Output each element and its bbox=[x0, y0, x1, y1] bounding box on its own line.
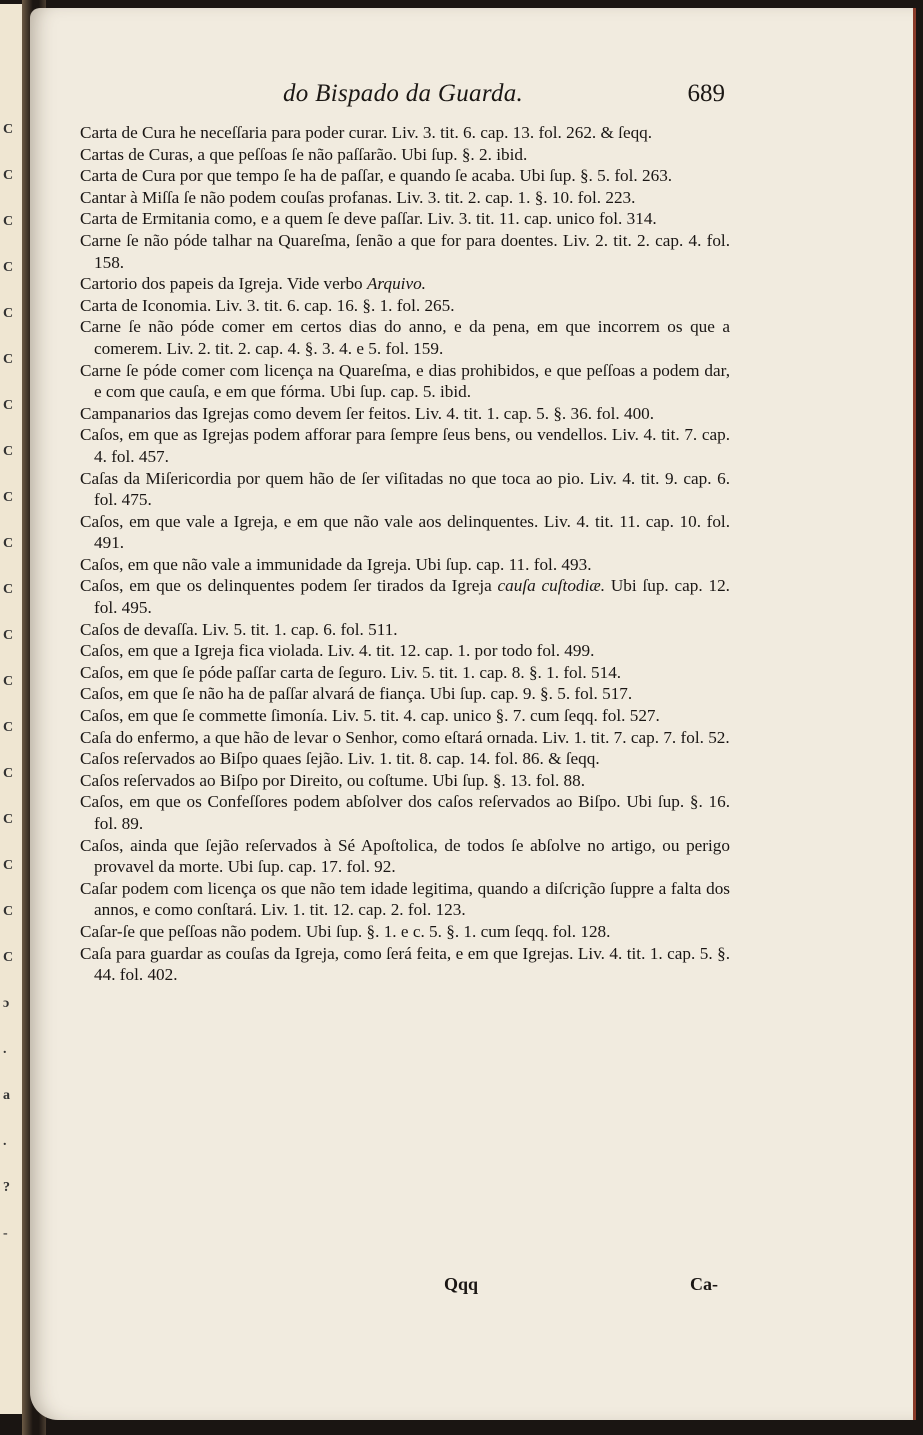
entry-text: Caſos de devaſſa. Liv. 5. tit. 1. cap. 6… bbox=[80, 620, 398, 639]
index-entry: Caſos de devaſſa. Liv. 5. tit. 1. cap. 6… bbox=[80, 619, 730, 641]
facing-page-glyph: ɔ bbox=[3, 996, 9, 1012]
index-entry: Caſa do enfermo, a que hão de levar o Se… bbox=[80, 727, 730, 749]
entry-italic-term: Arquivo. bbox=[367, 274, 426, 293]
entry-text: Carne ſe póde comer com licença na Quare… bbox=[80, 361, 730, 402]
entry-text: Carta de Cura he neceſſaria para poder c… bbox=[80, 123, 652, 142]
entry-text: Carta de Cura por que tempo ſe ha de paſ… bbox=[80, 166, 672, 185]
facing-page-glyph: C bbox=[3, 260, 13, 276]
index-entry: Caſos, em que vale a Igreja, e em que nã… bbox=[80, 511, 730, 554]
index-entry: Carta de Ermitania como, e a quem ſe dev… bbox=[80, 208, 730, 230]
facing-page-glyph: C bbox=[3, 904, 13, 920]
facing-page-glyph: C bbox=[3, 858, 13, 874]
index-entry: Caſos, em que a Igreja fica violada. Liv… bbox=[80, 640, 730, 662]
entry-text: Caſa do enfermo, a que hão de levar o Se… bbox=[80, 728, 730, 747]
facing-page-glyph: C bbox=[3, 582, 13, 598]
facing-page-glyph: . bbox=[3, 1042, 7, 1058]
entry-text: Caſos, em que vale a Igreja, e em que nã… bbox=[80, 512, 730, 553]
catchword: Ca- bbox=[690, 1274, 718, 1295]
entry-text: Caſos reſervados ao Biſpo por Direito, o… bbox=[80, 771, 585, 790]
facing-page-glyph: C bbox=[3, 168, 13, 184]
entry-text: Caſos, em que os delinquentes podem ſer … bbox=[80, 576, 498, 595]
facing-page-glyph: C bbox=[3, 214, 13, 230]
entry-text: Caſos, em que não vale a immunidade da I… bbox=[80, 555, 592, 574]
facing-page-glyph: C bbox=[3, 720, 13, 736]
entry-text: Carta de Iconomia. Liv. 3. tit. 6. cap. … bbox=[80, 296, 455, 315]
index-entry: Caſos reſervados ao Biſpo por Direito, o… bbox=[80, 770, 730, 792]
entry-text: Caſos, em que os Confeſſores podem abſol… bbox=[80, 792, 730, 833]
facing-page-glyph: C bbox=[3, 490, 13, 506]
facing-page-glyph: C bbox=[3, 628, 13, 644]
facing-page-glyph: - bbox=[3, 1226, 8, 1242]
index-entry: Cantar à Miſſa ſe não podem couſas profa… bbox=[80, 187, 730, 209]
index-entry: Caſos, ainda que ſejão reſervados à Sé A… bbox=[80, 835, 730, 878]
entry-italic-term: cauſa cuſtodiæ. bbox=[498, 576, 606, 595]
printer-signature: Qqq bbox=[444, 1274, 478, 1295]
entry-text: Caſar podem com licença os que não tem i… bbox=[80, 879, 730, 920]
index-entry: Carta de Iconomia. Liv. 3. tit. 6. cap. … bbox=[80, 295, 730, 317]
facing-page-glyph: . bbox=[3, 1134, 7, 1150]
facing-page-glyph: C bbox=[3, 766, 13, 782]
index-entry: Caſos reſervados ao Biſpo quaes ſejão. L… bbox=[80, 748, 730, 770]
facing-page-glyph: C bbox=[3, 398, 13, 414]
index-entry: Caſos, em que ſe commette ſimonía. Liv. … bbox=[80, 705, 730, 727]
page-header: do Bispado da Guarda. 689 bbox=[255, 80, 725, 114]
book-page: do Bispado da Guarda. 689 Carta de Cura … bbox=[30, 8, 916, 1420]
index-entry: Caſos, em que não vale a immunidade da I… bbox=[80, 554, 730, 576]
entry-text: Caſar-ſe que peſſoas não podem. Ubi ſup.… bbox=[80, 922, 610, 941]
index-entry: Carta de Cura he neceſſaria para poder c… bbox=[80, 122, 730, 144]
entry-text: Caſos, em que as Igrejas podem afforar p… bbox=[80, 425, 730, 466]
facing-page-glyph: C bbox=[3, 674, 13, 690]
entry-text: Carta de Ermitania como, e a quem ſe dev… bbox=[80, 209, 657, 228]
entry-text: Cantar à Miſſa ſe não podem couſas profa… bbox=[80, 188, 635, 207]
index-entry: Cartas de Curas, a que peſſoas ſe não pa… bbox=[80, 144, 730, 166]
facing-page-glyph: C bbox=[3, 306, 13, 322]
facing-page-glyph: ? bbox=[3, 1180, 10, 1196]
index-entries: Carta de Cura he neceſſaria para poder c… bbox=[80, 122, 730, 986]
entry-text: Cartas de Curas, a que peſſoas ſe não pa… bbox=[80, 145, 527, 164]
facing-page-glyph: C bbox=[3, 352, 13, 368]
entry-text: Carne ſe não póde talhar na Quareſma, ſe… bbox=[80, 231, 730, 272]
entry-text: Caſos, ainda que ſejão reſervados à Sé A… bbox=[80, 836, 730, 877]
index-entry: Caſos, em que as Igrejas podem afforar p… bbox=[80, 424, 730, 467]
entry-text: Caſas da Miſericordia por quem hão de ſe… bbox=[80, 469, 730, 510]
facing-page-glyph: C bbox=[3, 950, 13, 966]
index-entry: Caſos, em que os delinquentes podem ſer … bbox=[80, 575, 730, 618]
entry-text: Cartorio dos papeis da Igreja. Vide verb… bbox=[80, 274, 367, 293]
running-title: do Bispado da Guarda. bbox=[283, 80, 523, 108]
index-entry: Carne ſe póde comer com licença na Quare… bbox=[80, 360, 730, 403]
facing-page-glyph: C bbox=[3, 536, 13, 552]
facing-page-glyph: C bbox=[3, 444, 13, 460]
index-entry: Caſos, em que ſe póde paſſar carta de ſe… bbox=[80, 662, 730, 684]
entry-text: Carne ſe não póde comer em certos dias d… bbox=[80, 317, 730, 358]
entry-text: Campanarios das Igrejas como devem ſer f… bbox=[80, 404, 654, 423]
index-entry: Carne ſe não póde talhar na Quareſma, ſe… bbox=[80, 230, 730, 273]
facing-page-glyph: a bbox=[3, 1088, 10, 1104]
page-number: 689 bbox=[688, 80, 726, 108]
facing-page-glyph: C bbox=[3, 122, 13, 138]
index-entry: Campanarios das Igrejas como devem ſer f… bbox=[80, 403, 730, 425]
index-entry: Caſas da Miſericordia por quem hão de ſe… bbox=[80, 468, 730, 511]
index-entry: Caſos, em que os Confeſſores podem abſol… bbox=[80, 791, 730, 834]
entry-text: Caſa para guardar as couſas da Igreja, c… bbox=[80, 944, 730, 985]
index-entry: Cartorio dos papeis da Igreja. Vide verb… bbox=[80, 273, 730, 295]
entry-text: Caſos, em que ſe póde paſſar carta de ſe… bbox=[80, 663, 621, 682]
index-entry: Caſar-ſe que peſſoas não podem. Ubi ſup.… bbox=[80, 921, 730, 943]
index-entry: Caſar podem com licença os que não tem i… bbox=[80, 878, 730, 921]
entry-text: Caſos, em que ſe commette ſimonía. Liv. … bbox=[80, 706, 660, 725]
facing-page-edge: CCCCCCCCCCCCCCCCCCCɔ.a.?- bbox=[0, 4, 22, 1414]
entry-text: Caſos, em que a Igreja fica violada. Liv… bbox=[80, 641, 594, 660]
index-entry: Caſa para guardar as couſas da Igreja, c… bbox=[80, 943, 730, 986]
entry-text: Caſos, em que ſe não ha de paſſar alvará… bbox=[80, 684, 632, 703]
index-entry: Carne ſe não póde comer em certos dias d… bbox=[80, 316, 730, 359]
index-entry: Caſos, em que ſe não ha de paſſar alvará… bbox=[80, 683, 730, 705]
facing-page-glyph: C bbox=[3, 812, 13, 828]
entry-text: Caſos reſervados ao Biſpo quaes ſejão. L… bbox=[80, 749, 600, 768]
index-entry: Carta de Cura por que tempo ſe ha de paſ… bbox=[80, 165, 730, 187]
